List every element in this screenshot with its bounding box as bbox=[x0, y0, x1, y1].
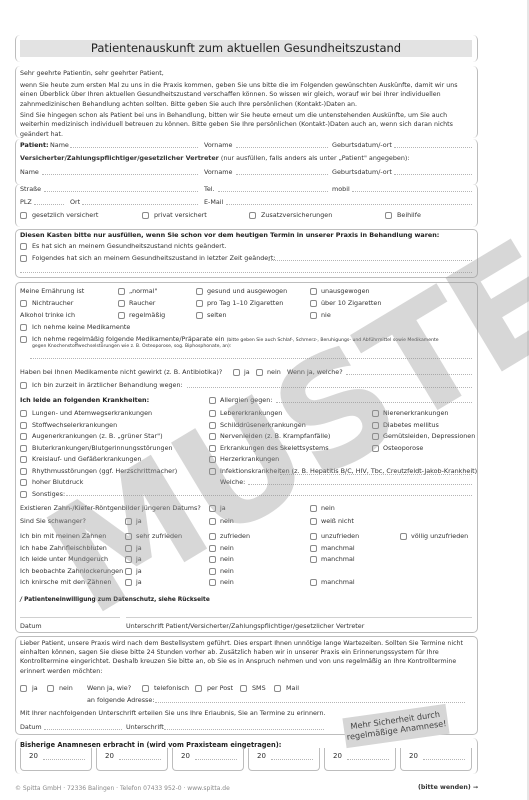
dental-4-2-checkbox[interactable] bbox=[310, 579, 317, 586]
unchanged-checkbox[interactable] bbox=[20, 243, 27, 250]
disease-col1-5-checkbox[interactable] bbox=[20, 468, 27, 475]
pro-tag-label: pro Tag 1–10 Zigaretten bbox=[207, 299, 283, 307]
reminder-nein-label: nein bbox=[59, 684, 73, 692]
arrow-right-icon: ➞ bbox=[473, 784, 478, 791]
regelmaessig-checkbox[interactable] bbox=[118, 312, 125, 319]
privat-label: privat versichert bbox=[154, 211, 207, 219]
vertreter-vorname-field[interactable] bbox=[236, 174, 328, 175]
dental-option-label: unzufrieden bbox=[321, 532, 359, 540]
consent-signature-line[interactable] bbox=[126, 617, 472, 618]
turn-label: (bitte wenden) bbox=[418, 784, 471, 791]
selten-checkbox[interactable] bbox=[196, 312, 203, 319]
beihilfe-checkbox[interactable] bbox=[385, 212, 392, 219]
publisher-footer: © Spitta GmbH · 72336 Balingen · Telefon… bbox=[15, 785, 230, 792]
raucher-checkbox[interactable] bbox=[118, 300, 125, 307]
keine-medikamente-label: Ich nehme keine Medikamente bbox=[32, 323, 130, 331]
medikamente-checkbox[interactable] bbox=[20, 336, 27, 343]
mobil-label: mobil bbox=[332, 185, 350, 193]
history-year-field[interactable]: 20 bbox=[172, 748, 244, 771]
nichtraucher-checkbox[interactable] bbox=[20, 300, 27, 307]
nicht-gewirkt-label: Haben bei Ihnen Medikamente nicht gewirk… bbox=[20, 368, 222, 376]
disease-col1-label: Lungen- und Atemwegserkrankungen bbox=[32, 409, 152, 417]
page-title: Patientenauskunft zum aktuellen Gesundhe… bbox=[20, 40, 472, 57]
history-year-prefix: 20 bbox=[181, 752, 190, 760]
patient-vorname-label: Vorname bbox=[204, 141, 232, 149]
patient-name-label: Name bbox=[50, 141, 69, 149]
mobil-field[interactable] bbox=[352, 191, 472, 192]
vertreter-geburt-field[interactable] bbox=[394, 174, 472, 175]
dental-option-label: völlig unzufrieden bbox=[411, 532, 468, 540]
sms-checkbox[interactable] bbox=[240, 685, 247, 692]
reminder-signature-label: Unterschrift bbox=[126, 723, 164, 731]
changed-label: Folgendes hat sich an meinem Gesundheits… bbox=[32, 254, 276, 262]
turn-page[interactable]: (bitte wenden) ➞ bbox=[418, 784, 478, 791]
reminder-wie-label: Wenn ja, wie? bbox=[87, 684, 131, 692]
raucher-label: Raucher bbox=[129, 299, 155, 307]
history-year-prefix: 20 bbox=[257, 752, 266, 760]
medikamente-note-2: gegen Knochenstoffwechselstörungen wie z… bbox=[32, 343, 231, 351]
history-year-field[interactable]: 20 bbox=[96, 748, 168, 771]
history-year-dots bbox=[271, 759, 313, 760]
keine-medikamente-checkbox[interactable] bbox=[20, 324, 27, 331]
normal-label: „normal" bbox=[129, 287, 157, 295]
dental-0-2-checkbox[interactable] bbox=[310, 533, 317, 540]
selten-label: selten bbox=[207, 311, 227, 319]
patient-name-field[interactable] bbox=[70, 147, 198, 148]
privat-checkbox[interactable] bbox=[142, 212, 149, 219]
ueber10-checkbox[interactable] bbox=[310, 300, 317, 307]
history-year-dots bbox=[347, 759, 389, 760]
telefonisch-label: telefonisch bbox=[154, 684, 189, 692]
history-year-prefix: 20 bbox=[409, 752, 418, 760]
adresse-field[interactable] bbox=[155, 702, 465, 703]
gesund-checkbox[interactable] bbox=[196, 288, 203, 295]
dental-0-3-checkbox[interactable] bbox=[400, 533, 407, 540]
dental-option-label: manchmal bbox=[321, 544, 355, 552]
ort-label: Ort bbox=[70, 198, 80, 206]
ernaehrung-label: Meine Ernährung ist bbox=[20, 287, 84, 295]
disease-col1-4-checkbox[interactable] bbox=[20, 456, 27, 463]
post-label: per Post bbox=[207, 684, 233, 692]
disease-col1-3-checkbox[interactable] bbox=[20, 445, 27, 452]
telefonisch-checkbox[interactable] bbox=[142, 685, 149, 692]
disease-col1-label: Stoffwechselerkrankungen bbox=[32, 421, 117, 429]
post-checkbox[interactable] bbox=[195, 685, 202, 692]
beihilfe-label: Beihilfe bbox=[397, 211, 421, 219]
email-label: E-Mail bbox=[204, 198, 223, 206]
history-year-dots bbox=[423, 759, 465, 760]
adresse-label: an folgende Adresse: bbox=[87, 696, 154, 704]
intro-paragraph-2: Sind Sie hingegen schon als Patient bei … bbox=[20, 111, 475, 139]
reminder-datum-label: Datum bbox=[20, 723, 42, 731]
dental-option-label: manchmal bbox=[321, 555, 355, 563]
history-year-prefix: 20 bbox=[29, 752, 38, 760]
history-year-field[interactable]: 20 bbox=[400, 748, 472, 771]
zusatz-label: Zusatzversicherungen bbox=[261, 211, 332, 219]
patient-vorname-field[interactable] bbox=[236, 147, 328, 148]
patient-geburt-field[interactable] bbox=[394, 147, 472, 148]
patient-geburt-label: Geburtsdatum/-ort bbox=[332, 141, 392, 149]
behandlung-checkbox[interactable] bbox=[20, 382, 27, 389]
medikamente-text: Ich nehme regelmäßig folgende Medikament… bbox=[32, 335, 225, 343]
history-year-dots bbox=[195, 759, 237, 760]
history-year-prefix: 20 bbox=[333, 752, 342, 760]
history-year-field[interactable]: 20 bbox=[248, 748, 320, 771]
nichtraucher-label: Nichtraucher bbox=[32, 299, 73, 307]
normal-checkbox[interactable] bbox=[118, 288, 125, 295]
history-year-dots bbox=[43, 759, 85, 760]
vertreter-note: (nur ausfüllen, falls anders als unter „… bbox=[221, 154, 410, 162]
diseases-heading: Ich leide an folgenden Krankheiten: bbox=[20, 396, 149, 404]
intro-paragraph-1: wenn Sie heute zum ersten Mal zu uns in … bbox=[20, 81, 475, 109]
consent-signature-label: Unterschrift Patient/Versicherter/Zahlun… bbox=[126, 622, 364, 630]
disease-col1-0-checkbox[interactable] bbox=[20, 410, 27, 417]
history-year-prefix: 20 bbox=[105, 752, 114, 760]
patient-label: Patient: bbox=[20, 141, 49, 149]
disease-col1-2-checkbox[interactable] bbox=[20, 433, 27, 440]
vertreter-name-field[interactable] bbox=[42, 174, 198, 175]
vertreter-vorname-label: Vorname bbox=[204, 168, 232, 176]
gesund-label: gesund und ausgewogen bbox=[207, 287, 287, 295]
tel-label: Tel. bbox=[204, 185, 215, 193]
tel-field[interactable] bbox=[218, 191, 328, 192]
ort-field[interactable] bbox=[82, 204, 198, 205]
strasse-field[interactable] bbox=[44, 191, 198, 192]
history-year-field[interactable]: 20 bbox=[20, 748, 92, 771]
strasse-label: Straße bbox=[20, 185, 41, 193]
reminder-nein-checkbox[interactable] bbox=[47, 685, 54, 692]
unausgewogen-checkbox[interactable] bbox=[310, 288, 317, 295]
intro-salutation: Sehr geehrte Patientin, sehr geehrter Pa… bbox=[20, 69, 475, 78]
zusatz-checkbox[interactable] bbox=[249, 212, 256, 219]
reminder-datum-field[interactable] bbox=[44, 729, 122, 730]
vertreter-bold: Versicherter/Zahlungspflichtiger/gesetzl… bbox=[20, 154, 219, 162]
alkohol-label: Alkohol trinke ich bbox=[20, 311, 75, 319]
consent-datum-label: Datum bbox=[20, 622, 42, 630]
vertreter-heading: Versicherter/Zahlungspflichtiger/gesetzl… bbox=[20, 154, 410, 162]
changed-checkbox[interactable] bbox=[20, 255, 27, 262]
nie-checkbox[interactable] bbox=[310, 312, 317, 319]
erlaubnis-text: Mit Ihrer nachfolgenden Unterschrift ert… bbox=[20, 709, 326, 717]
reminder-ja-checkbox[interactable] bbox=[20, 685, 27, 692]
dental-1-2-checkbox[interactable] bbox=[310, 545, 317, 552]
vertreter-geburt-label: Geburtsdatum/-ort bbox=[332, 168, 392, 176]
reminder-ja-label: ja bbox=[32, 684, 38, 692]
history-year-field[interactable]: 20 bbox=[324, 748, 396, 771]
pro-tag-checkbox[interactable] bbox=[196, 300, 203, 307]
patient-frame bbox=[15, 139, 478, 185]
behandlung-label: Ich bin zurzeit in ärztlicher Behandlung… bbox=[32, 381, 183, 389]
mail-checkbox[interactable] bbox=[274, 685, 281, 692]
dental-2-2-checkbox[interactable] bbox=[310, 556, 317, 563]
disease-col1-6-checkbox[interactable] bbox=[20, 479, 27, 486]
reminder-signature-field[interactable] bbox=[164, 729, 324, 730]
mail-label: Mail bbox=[286, 684, 299, 692]
unchanged-label: Es hat sich an meinem Gesundheitszustand… bbox=[32, 242, 226, 250]
regelmaessig-label: regelmäßig bbox=[129, 311, 165, 319]
history-year-dots bbox=[119, 759, 161, 760]
plz-label: PLZ bbox=[20, 198, 32, 206]
dental-option-label: manchmal bbox=[321, 578, 355, 586]
reminder-text: Lieber Patient, unsere Praxis wird nach … bbox=[20, 639, 470, 676]
gesetzlich-checkbox[interactable] bbox=[20, 212, 27, 219]
vertreter-name-label: Name bbox=[20, 168, 39, 176]
disease-col1-1-checkbox[interactable] bbox=[20, 422, 27, 429]
returning-heading: Diesen Kasten bitte nur ausfüllen, wenn … bbox=[20, 231, 439, 239]
email-field[interactable] bbox=[226, 204, 472, 205]
gesetzlich-label: gesetzlich versichert bbox=[32, 211, 98, 219]
sms-label: SMS bbox=[252, 684, 266, 692]
plz-field[interactable] bbox=[34, 204, 64, 205]
